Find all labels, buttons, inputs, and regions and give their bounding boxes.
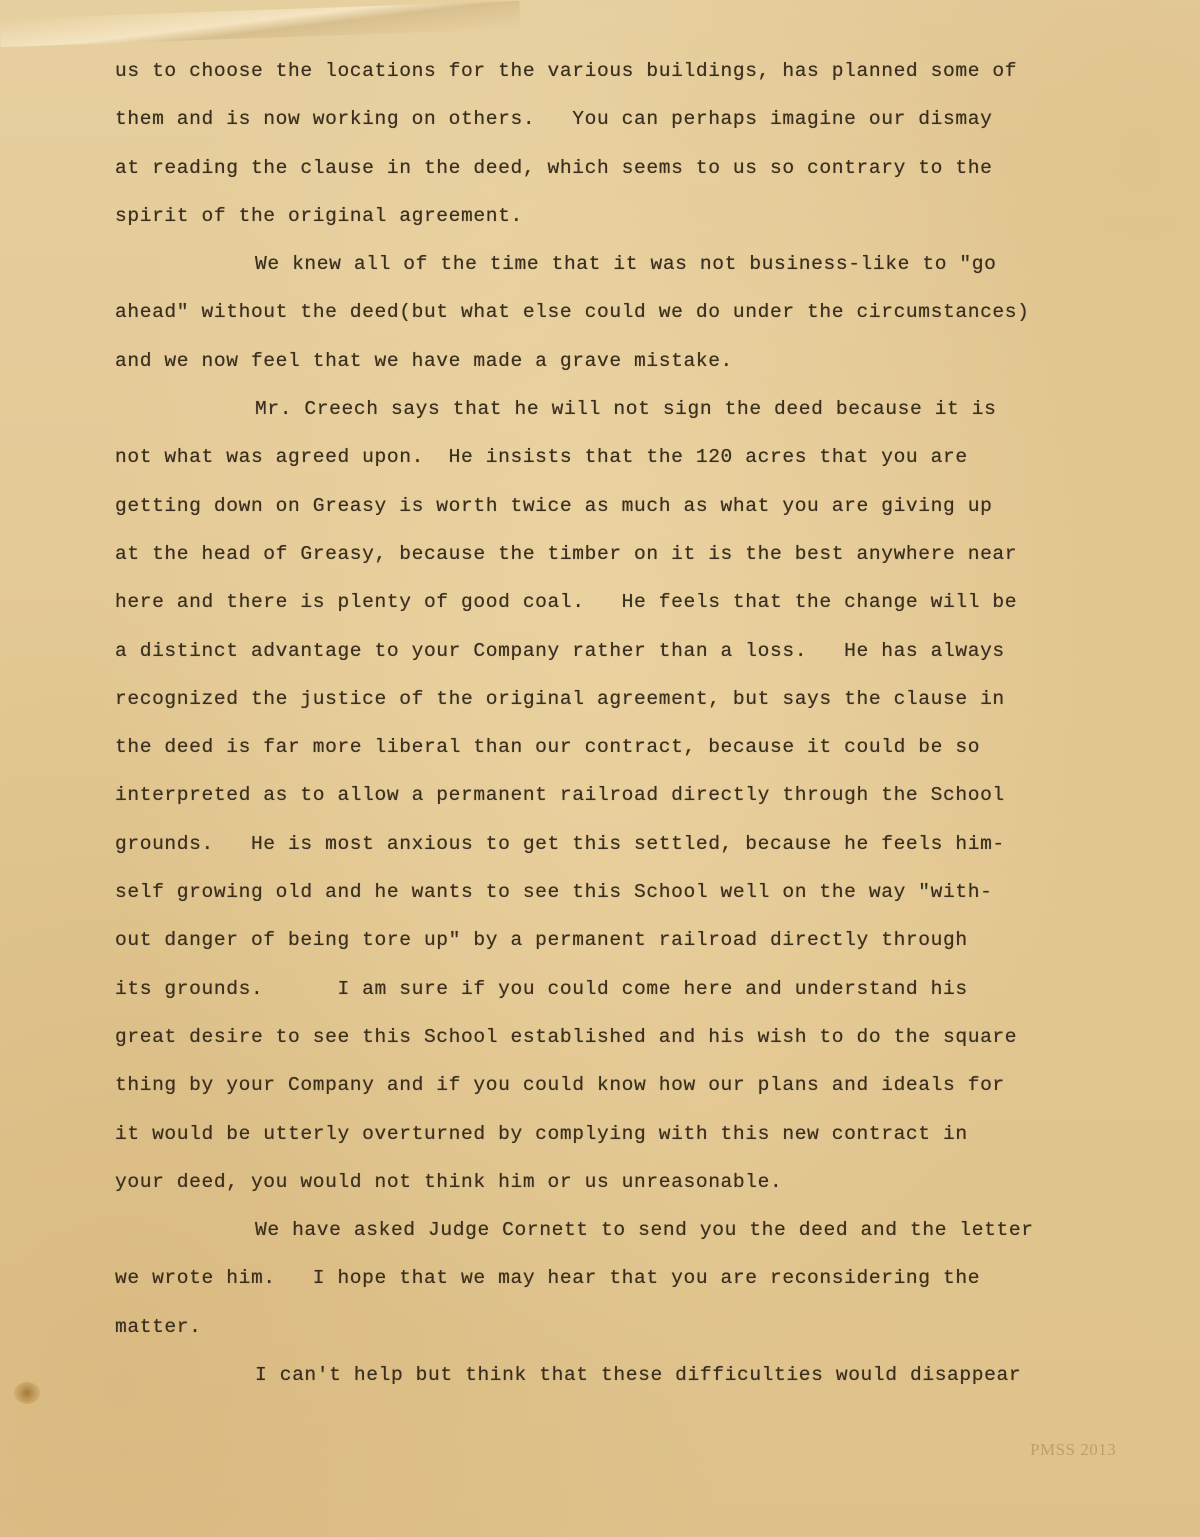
text-line: and we now feel that we have made a grav… xyxy=(115,344,1195,392)
text-line: at reading the clause in the deed, which… xyxy=(115,151,1195,199)
text-line: spirit of the original agreement. xyxy=(115,199,1195,247)
archive-watermark: PMSS 2013 xyxy=(1030,1440,1116,1460)
text-line: it would be utterly overturned by comply… xyxy=(115,1117,1195,1165)
text-line: us to choose the locations for the vario… xyxy=(115,54,1195,102)
text-line: getting down on Greasy is worth twice as… xyxy=(115,489,1195,537)
paragraph-start-line: We knew all of the time that it was not … xyxy=(115,247,1195,295)
text-line: recognized the justice of the original a… xyxy=(115,682,1195,730)
text-line: interpreted as to allow a permanent rail… xyxy=(115,778,1195,826)
text-line: we wrote him. I hope that we may hear th… xyxy=(115,1261,1195,1309)
text-line: grounds. He is most anxious to get this … xyxy=(115,827,1195,875)
text-line: thing by your Company and if you could k… xyxy=(115,1068,1195,1116)
text-line: great desire to see this School establis… xyxy=(115,1020,1195,1068)
paragraph-start-line: Mr. Creech says that he will not sign th… xyxy=(115,392,1195,440)
text-line: them and is now working on others. You c… xyxy=(115,102,1195,150)
text-line: here and there is plenty of good coal. H… xyxy=(115,585,1195,633)
text-line: your deed, you would not think him or us… xyxy=(115,1165,1195,1213)
paragraph-start-line: I can't help but think that these diffic… xyxy=(115,1358,1195,1406)
document-page: us to choose the locations for the vario… xyxy=(0,0,1200,1537)
letter-body: us to choose the locations for the vario… xyxy=(115,54,1195,1406)
text-line: not what was agreed upon. He insists tha… xyxy=(115,440,1195,488)
text-line: a distinct advantage to your Company rat… xyxy=(115,634,1195,682)
text-line: at the head of Greasy, because the timbe… xyxy=(115,537,1195,585)
text-line: ahead" without the deed(but what else co… xyxy=(115,295,1195,343)
text-line: matter. xyxy=(115,1310,1195,1358)
paper-crease xyxy=(0,1,520,47)
text-line: its grounds. I am sure if you could come… xyxy=(115,972,1195,1020)
text-line: the deed is far more liberal than our co… xyxy=(115,730,1195,778)
text-line: out danger of being tore up" by a perman… xyxy=(115,923,1195,971)
paragraph-start-line: We have asked Judge Cornett to send you … xyxy=(115,1213,1195,1261)
text-line: self growing old and he wants to see thi… xyxy=(115,875,1195,923)
paper-stain xyxy=(14,1382,40,1404)
